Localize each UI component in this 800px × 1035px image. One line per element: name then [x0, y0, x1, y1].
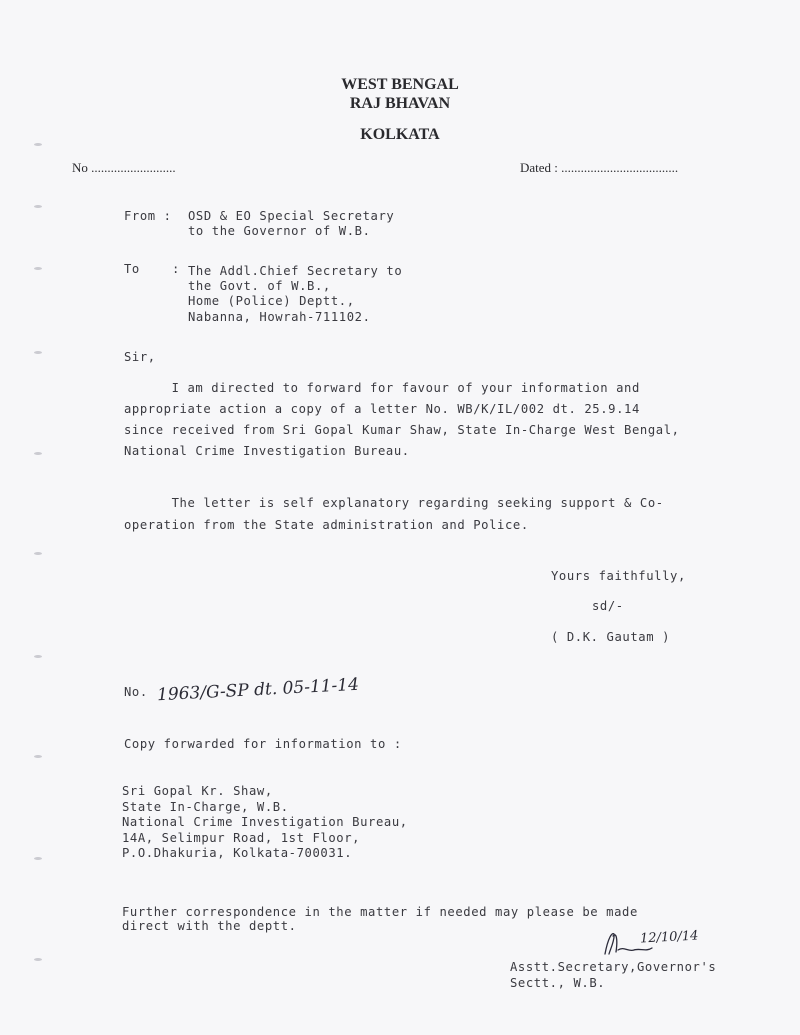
handwritten-memo-number: 1963/G-SP dt. 05-11-14 [157, 675, 360, 706]
letterhead-office: RAJ BHAVAN [0, 95, 800, 113]
recipient-line: State In-Charge, W.B. [122, 800, 289, 814]
letterhead-state: WEST BENGAL [0, 76, 800, 94]
sd-mark: sd/- [592, 599, 624, 613]
reference-number: No .......................... [72, 160, 176, 176]
body-line: operation from the State administration … [124, 518, 529, 532]
to-line: Home (Police) Deptt., [188, 294, 355, 308]
body-line: I am directed to forward for favour of y… [124, 381, 640, 395]
punch-mark [34, 857, 42, 860]
valediction: Yours faithfully, [551, 569, 686, 583]
recipient-line: 14A, Selimpur Road, 1st Floor, [122, 831, 360, 845]
salutation: Sir, [124, 350, 156, 364]
to-label: To [124, 262, 140, 276]
body-line: National Crime Investigation Bureau. [124, 444, 410, 458]
to-line: The Addl.Chief Secretary to [188, 264, 402, 278]
to-line: Nabanna, Howrah-711102. [188, 310, 371, 324]
from-line: OSD & EO Special Secretary [188, 209, 394, 223]
body-line: The letter is self explanatory regarding… [124, 496, 664, 510]
punch-mark [34, 958, 42, 961]
further-line: Further correspondence in the matter if … [122, 905, 638, 919]
copy-forwarded-heading: Copy forwarded for information to : [124, 737, 402, 751]
recipient-line: Sri Gopal Kr. Shaw, [122, 784, 273, 798]
body-line: appropriate action a copy of a letter No… [124, 402, 640, 416]
punch-mark [34, 205, 42, 208]
memo-no-label: No. [124, 685, 148, 699]
reference-date: Dated : ................................… [520, 160, 678, 176]
handwritten-signature-date: 12/10/14 [640, 928, 699, 946]
punch-mark [34, 552, 42, 555]
to-colon: : [172, 262, 180, 276]
punch-mark [34, 655, 42, 658]
from-label: From : [124, 209, 172, 223]
punch-mark [34, 755, 42, 758]
from-line: to the Governor of W.B. [188, 224, 371, 238]
recipient-line: P.O.Dhakuria, Kolkata-700031. [122, 846, 352, 860]
signoff-line: Sectt., W.B. [510, 976, 605, 990]
letterhead-city: KOLKATA [0, 126, 800, 144]
punch-mark [34, 351, 42, 354]
body-line: since received from Sri Gopal Kumar Shaw… [124, 423, 680, 437]
punch-mark [34, 452, 42, 455]
to-line: the Govt. of W.B., [188, 279, 331, 293]
punch-mark [34, 267, 42, 270]
signatory-name: ( D.K. Gautam ) [551, 630, 670, 644]
signoff-line: Asstt.Secretary,Governor's [510, 960, 716, 974]
letter-page: WEST BENGAL RAJ BHAVAN KOLKATA No ......… [0, 0, 800, 1035]
recipient-line: National Crime Investigation Bureau, [122, 815, 408, 829]
further-line: direct with the deptt. [122, 919, 297, 933]
